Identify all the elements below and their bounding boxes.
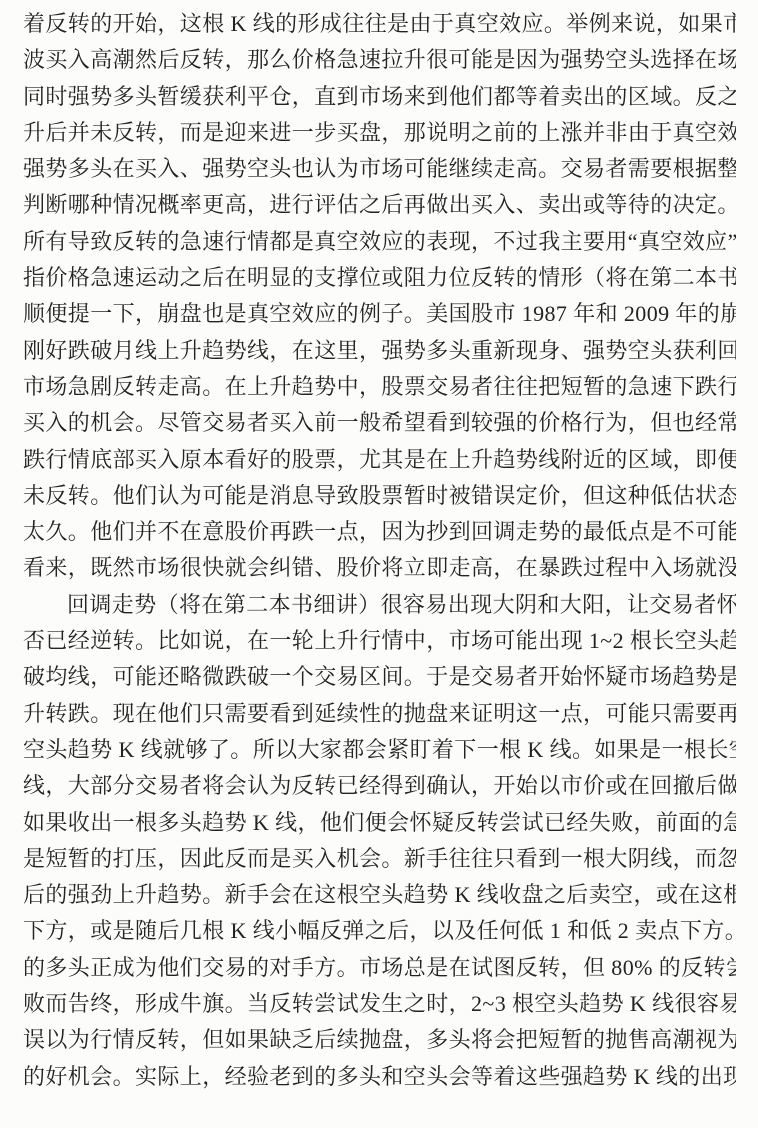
book-page: 着反转的开始，这根 K 线的形成往往是由于真空效应。举例来说，如果市场出现一波买… [0, 0, 758, 1128]
text-line: 太久。他们并不在意股价再跌一点，因为抄到回调走势的最低点是不可能的。在他们 [23, 514, 736, 550]
text-line: 否已经逆转。比如说，在一轮上升行情中，市场可能出现 1~2 根长空头趋势 K 线… [23, 623, 736, 659]
text-line: 所有导致反转的急速行情都是真空效应的表现，不过我主要用“真空效应”一词专 [23, 224, 736, 260]
text-line: 的好机会。实际上，经验老到的多头和空头会等着这些强趋势 K 线的出现，有时候 [23, 1059, 736, 1095]
text-line: 未反转。他们认为可能是消息导致股票暂时被错误定价，但这种低估状态不可能持续 [23, 478, 736, 514]
text-line: 的多头正成为他们交易的对手方。市场总是在试图反转，但 80% 的反转尝试均以失 [23, 950, 736, 986]
text-line: 判断哪种情况概率更高，进行评估之后再做出买入、卖出或等待的决定。很显然， [23, 187, 736, 223]
text-line: 败而告终，形成牛旗。当反转尝试发生之时，2~3 根空头趋势 K 线很容易让交易者 [23, 986, 736, 1022]
text-line: 波买入高潮然后反转，那么价格急速拉升很可能是因为强势空头选择在场外观望、 [23, 42, 736, 78]
text-line: 看来，既然市场很快就会纠错、股价将立即走高，在暴跌过程中入场就没什么问题。 [23, 550, 736, 586]
text-line: 如果收出一根多头趋势 K 线，他们便会怀疑反转尝试已经失败，前面的急速下跌只 [23, 805, 736, 841]
text-line: 跌行情底部买入原本看好的股票，尤其是在上升趋势线附近的区域，即便此时价格尚 [23, 442, 736, 478]
paragraph: 着反转的开始，这根 K 线的形成往往是由于真空效应。举例来说，如果市场出现一波买… [23, 6, 736, 587]
text-line: 后的强劲上升趋势。新手会在这根空头趋势 K 线收盘之后卖空，或在这根 K 线低点 [23, 877, 736, 913]
text-line: 顺便提一下，崩盘也是真空效应的例子。美国股市 1987 年和 2009 年的崩盘… [23, 296, 736, 332]
text-line: 下方，或是随后几根 K 线小幅反弹之后，以及任何低 1 和低 2 卖点下方。此时… [23, 913, 736, 949]
text-line: 刚好跌破月线上升趋势线，在这里，强势多头重新现身、强势空头获利回补，导致 [23, 333, 736, 369]
text-line: 破均线，可能还略微跌破一个交易区间。于是交易者开始怀疑市场趋势是否正在由 [23, 659, 736, 695]
text-line: 升后并未反转，而是迎来进一步买盘，那说明之前的上涨并非由于真空效应，而是 [23, 115, 736, 151]
text-line: 空头趋势 K 线就够了。所以大家都会紧盯着下一根 K 线。如果是一根长空头趋势 … [23, 732, 736, 768]
text-line: 买入的机会。尽管交易者买入前一般希望看到较强的价格行为，但也经常会在一波暴 [23, 405, 736, 441]
text-line: 升转跌。现在他们只需要看到延续性的抛盘来证明这一点，可能只需要再出现一根 [23, 696, 736, 732]
text-line: 误以为行情反转，但如果缺乏后续抛盘，多头将会把短暂的抛售高潮视为逢低买入 [23, 1022, 736, 1058]
paragraph: 回调走势（将在第二本书细讲）很容易出现大阴和大阳，让交易者怀疑趋势是否已经逆转。… [23, 587, 736, 1095]
text-line: 同时强势多头暂缓获利平仓，直到市场来到他们都等着卖出的区域。反之，如果急 [23, 79, 736, 115]
text-line: 强势多头在买入、强势空头也认为市场可能继续走高。交易者需要根据整体市况来 [23, 151, 736, 187]
page-text: 着反转的开始，这根 K 线的形成往往是由于真空效应。举例来说，如果市场出现一波买… [23, 6, 736, 1095]
text-line: 市场急剧反转走高。在上升趋势中，股票交易者往往把短暂的急速下跌行情视为逢低 [23, 369, 736, 405]
text-line: 指价格急速运动之后在明显的支撑位或阻力位反转的情形（将在第二本书讨论）。 [23, 260, 736, 296]
text-line: 是短暂的打压，因此反而是买入机会。新手往往只看到一根大阴线，而忽略了它背 [23, 841, 736, 877]
text-line: 线，大部分交易者将会认为反转已经得到确认，开始以市价或在回撤后做空。相反， [23, 768, 736, 804]
text-line: 回调走势（将在第二本书细讲）很容易出现大阴和大阳，让交易者怀疑趋势是 [23, 587, 736, 623]
text-line: 着反转的开始，这根 K 线的形成往往是由于真空效应。举例来说，如果市场出现一 [23, 6, 736, 42]
